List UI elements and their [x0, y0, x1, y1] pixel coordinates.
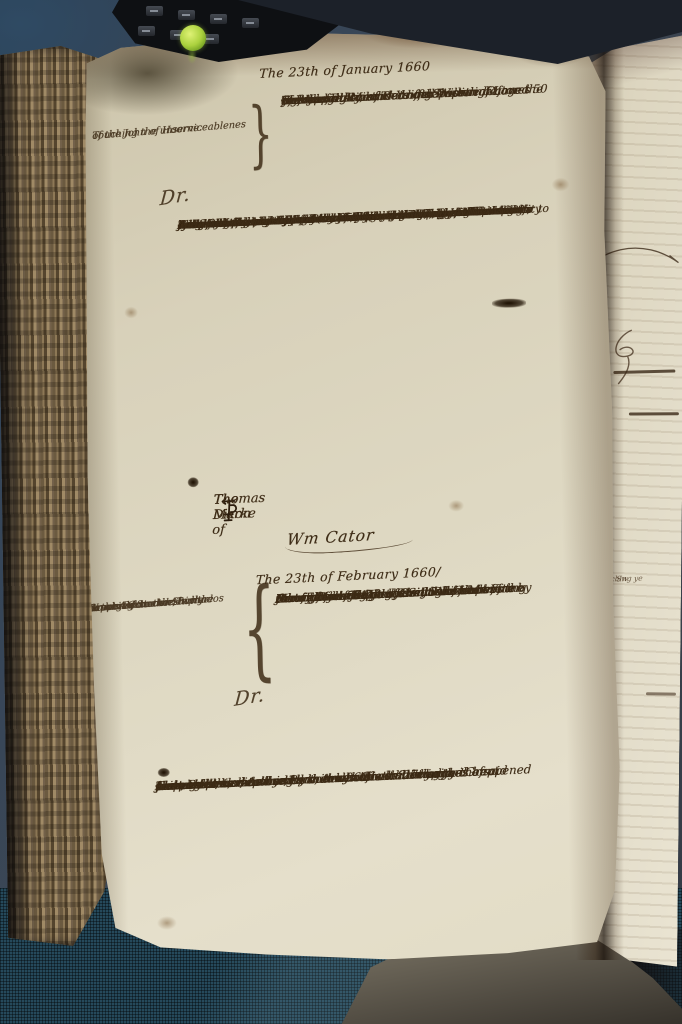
- left-page: The 23th of January 1660 Touching the un…: [78, 27, 623, 966]
- intro-brace: {: [241, 567, 277, 694]
- deposition-intro-january: Thomas Dison of Redriffe Shipwright aged…: [282, 76, 612, 91]
- deposition-body-january: That these deponts well knowe the ship t…: [178, 199, 598, 218]
- green-sticker: [180, 25, 206, 51]
- mount-button: [138, 26, 155, 36]
- deposition-body-february: That hee this depot. well knoweth the sa…: [156, 758, 611, 779]
- mount-button: [242, 18, 259, 28]
- margin-note-february: Touching Stormes wchhappened to the Ship…: [88, 589, 262, 602]
- foxing-spot: [551, 177, 569, 191]
- ink-blot: [492, 298, 526, 308]
- clerk-paraph: Dr.: [159, 183, 192, 211]
- green-sticker-smudge: [187, 48, 197, 64]
- ink-blot: [188, 477, 199, 487]
- margin-brace: }: [248, 92, 274, 176]
- ink-blot: [158, 768, 170, 777]
- mark-name: Thomas Dixon: [213, 491, 266, 523]
- ink-stroke: [629, 412, 679, 415]
- margin-note-january: Touching the unserviceablenesof the John…: [92, 118, 252, 130]
- mount-button: [146, 6, 163, 16]
- foxing-spot: [448, 500, 464, 512]
- foxing-spot: [124, 306, 138, 318]
- mount-button: [178, 10, 195, 20]
- foxing-spot: [157, 916, 177, 930]
- date-heading-january: The 23th of January 1660: [259, 58, 431, 81]
- photograph-of-manuscript: Touching yeJohn SwDr The 23th of January…: [0, 0, 682, 1024]
- mount-button: [210, 14, 227, 24]
- ink-stroke: [646, 692, 676, 695]
